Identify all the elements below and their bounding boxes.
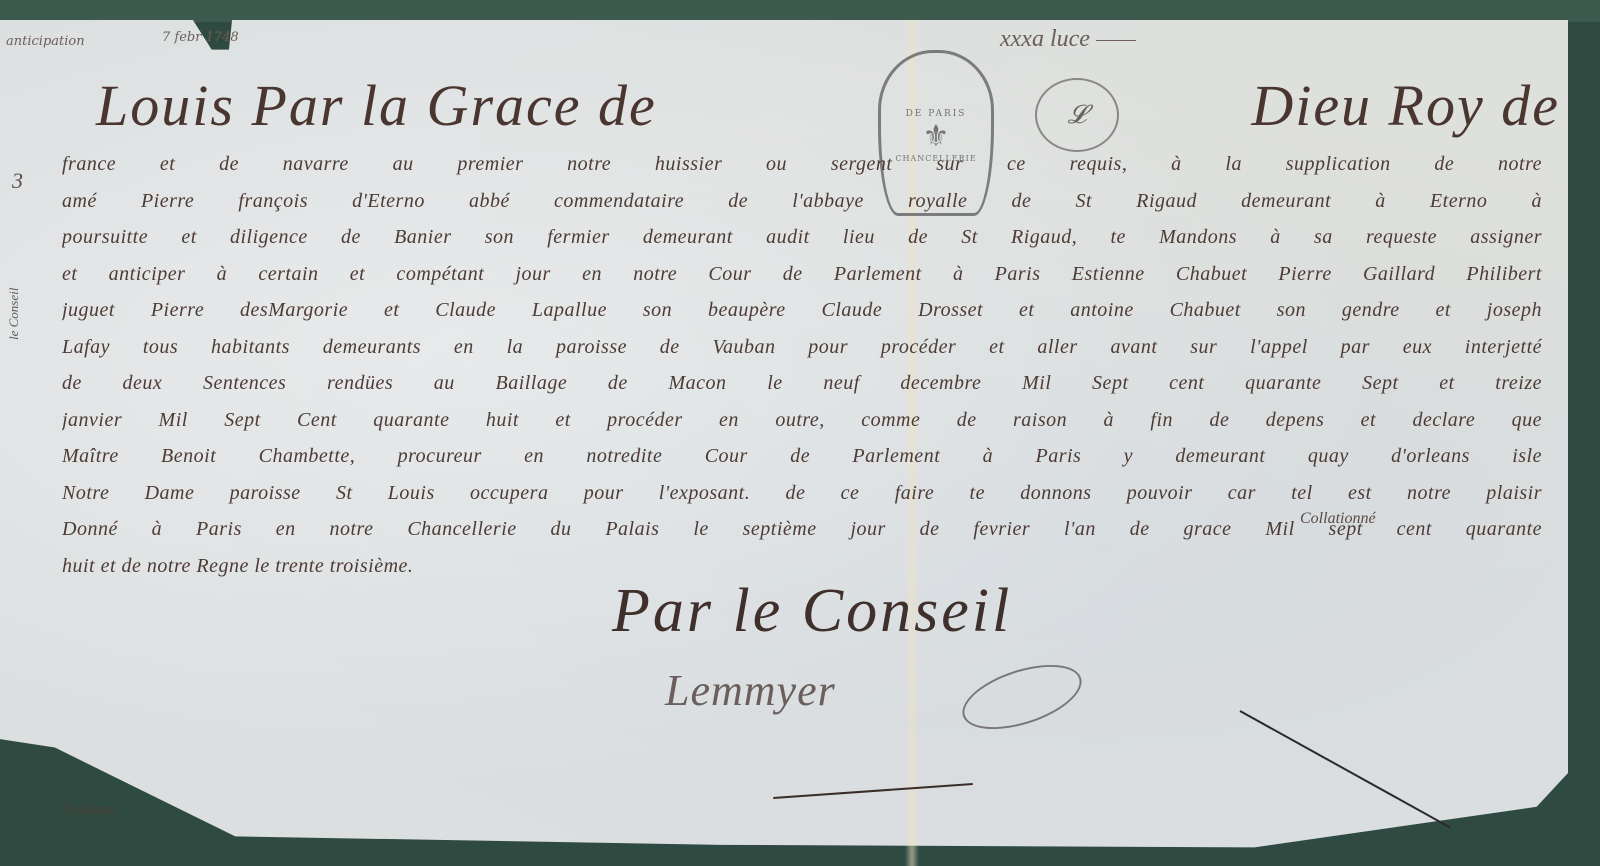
stamp-top-text: DE PARIS [906, 109, 967, 119]
closing-par-le-conseil: Par le Conseil [612, 576, 1012, 647]
body-line: france et de navarre au premier notre hu… [62, 146, 1542, 183]
collation-note: Collationné [1300, 510, 1376, 528]
side-number: 3 [12, 168, 23, 194]
body-line: et anticiper à certain et compétant jour… [62, 256, 1542, 293]
body-line: Notre Dame paroisse St Louis occupera po… [62, 475, 1542, 512]
side-vertical-note: le Conseil [6, 288, 22, 340]
backdrop-top [0, 0, 1600, 22]
bottom-left-note: Delamee [62, 802, 115, 819]
margin-note-anticipation: anticipation [6, 34, 85, 49]
body-line: juguet Pierre desMargorie et Claude Lapa… [62, 292, 1542, 329]
header-mark: xxxa luce [1000, 26, 1136, 53]
body-line: poursuitte et diligence de Banier son fe… [62, 219, 1542, 256]
signature: Lemmyer [665, 665, 836, 716]
margin-note-date: 7 febr 1748 [162, 30, 239, 45]
document-heading: Louis Par la Grace de Dieu Roy de [96, 72, 1560, 139]
monogram-stamp-icon: 𝓛 [1035, 78, 1119, 152]
body-line: de deux Sentences rendües au Baillage de… [62, 365, 1542, 402]
body-line: amé Pierre françois d'Eterno abbé commen… [62, 183, 1542, 220]
body-line: Maître Benoit Chambette, procureur en no… [62, 438, 1542, 475]
heading-right: Dieu Roy de [1251, 72, 1560, 139]
heading-left: Louis Par la Grace de [96, 72, 657, 139]
body-line: janvier Mil Sept Cent quarante huit et p… [62, 402, 1542, 439]
body-line: Lafay tous habitants demeurants en la pa… [62, 329, 1542, 366]
